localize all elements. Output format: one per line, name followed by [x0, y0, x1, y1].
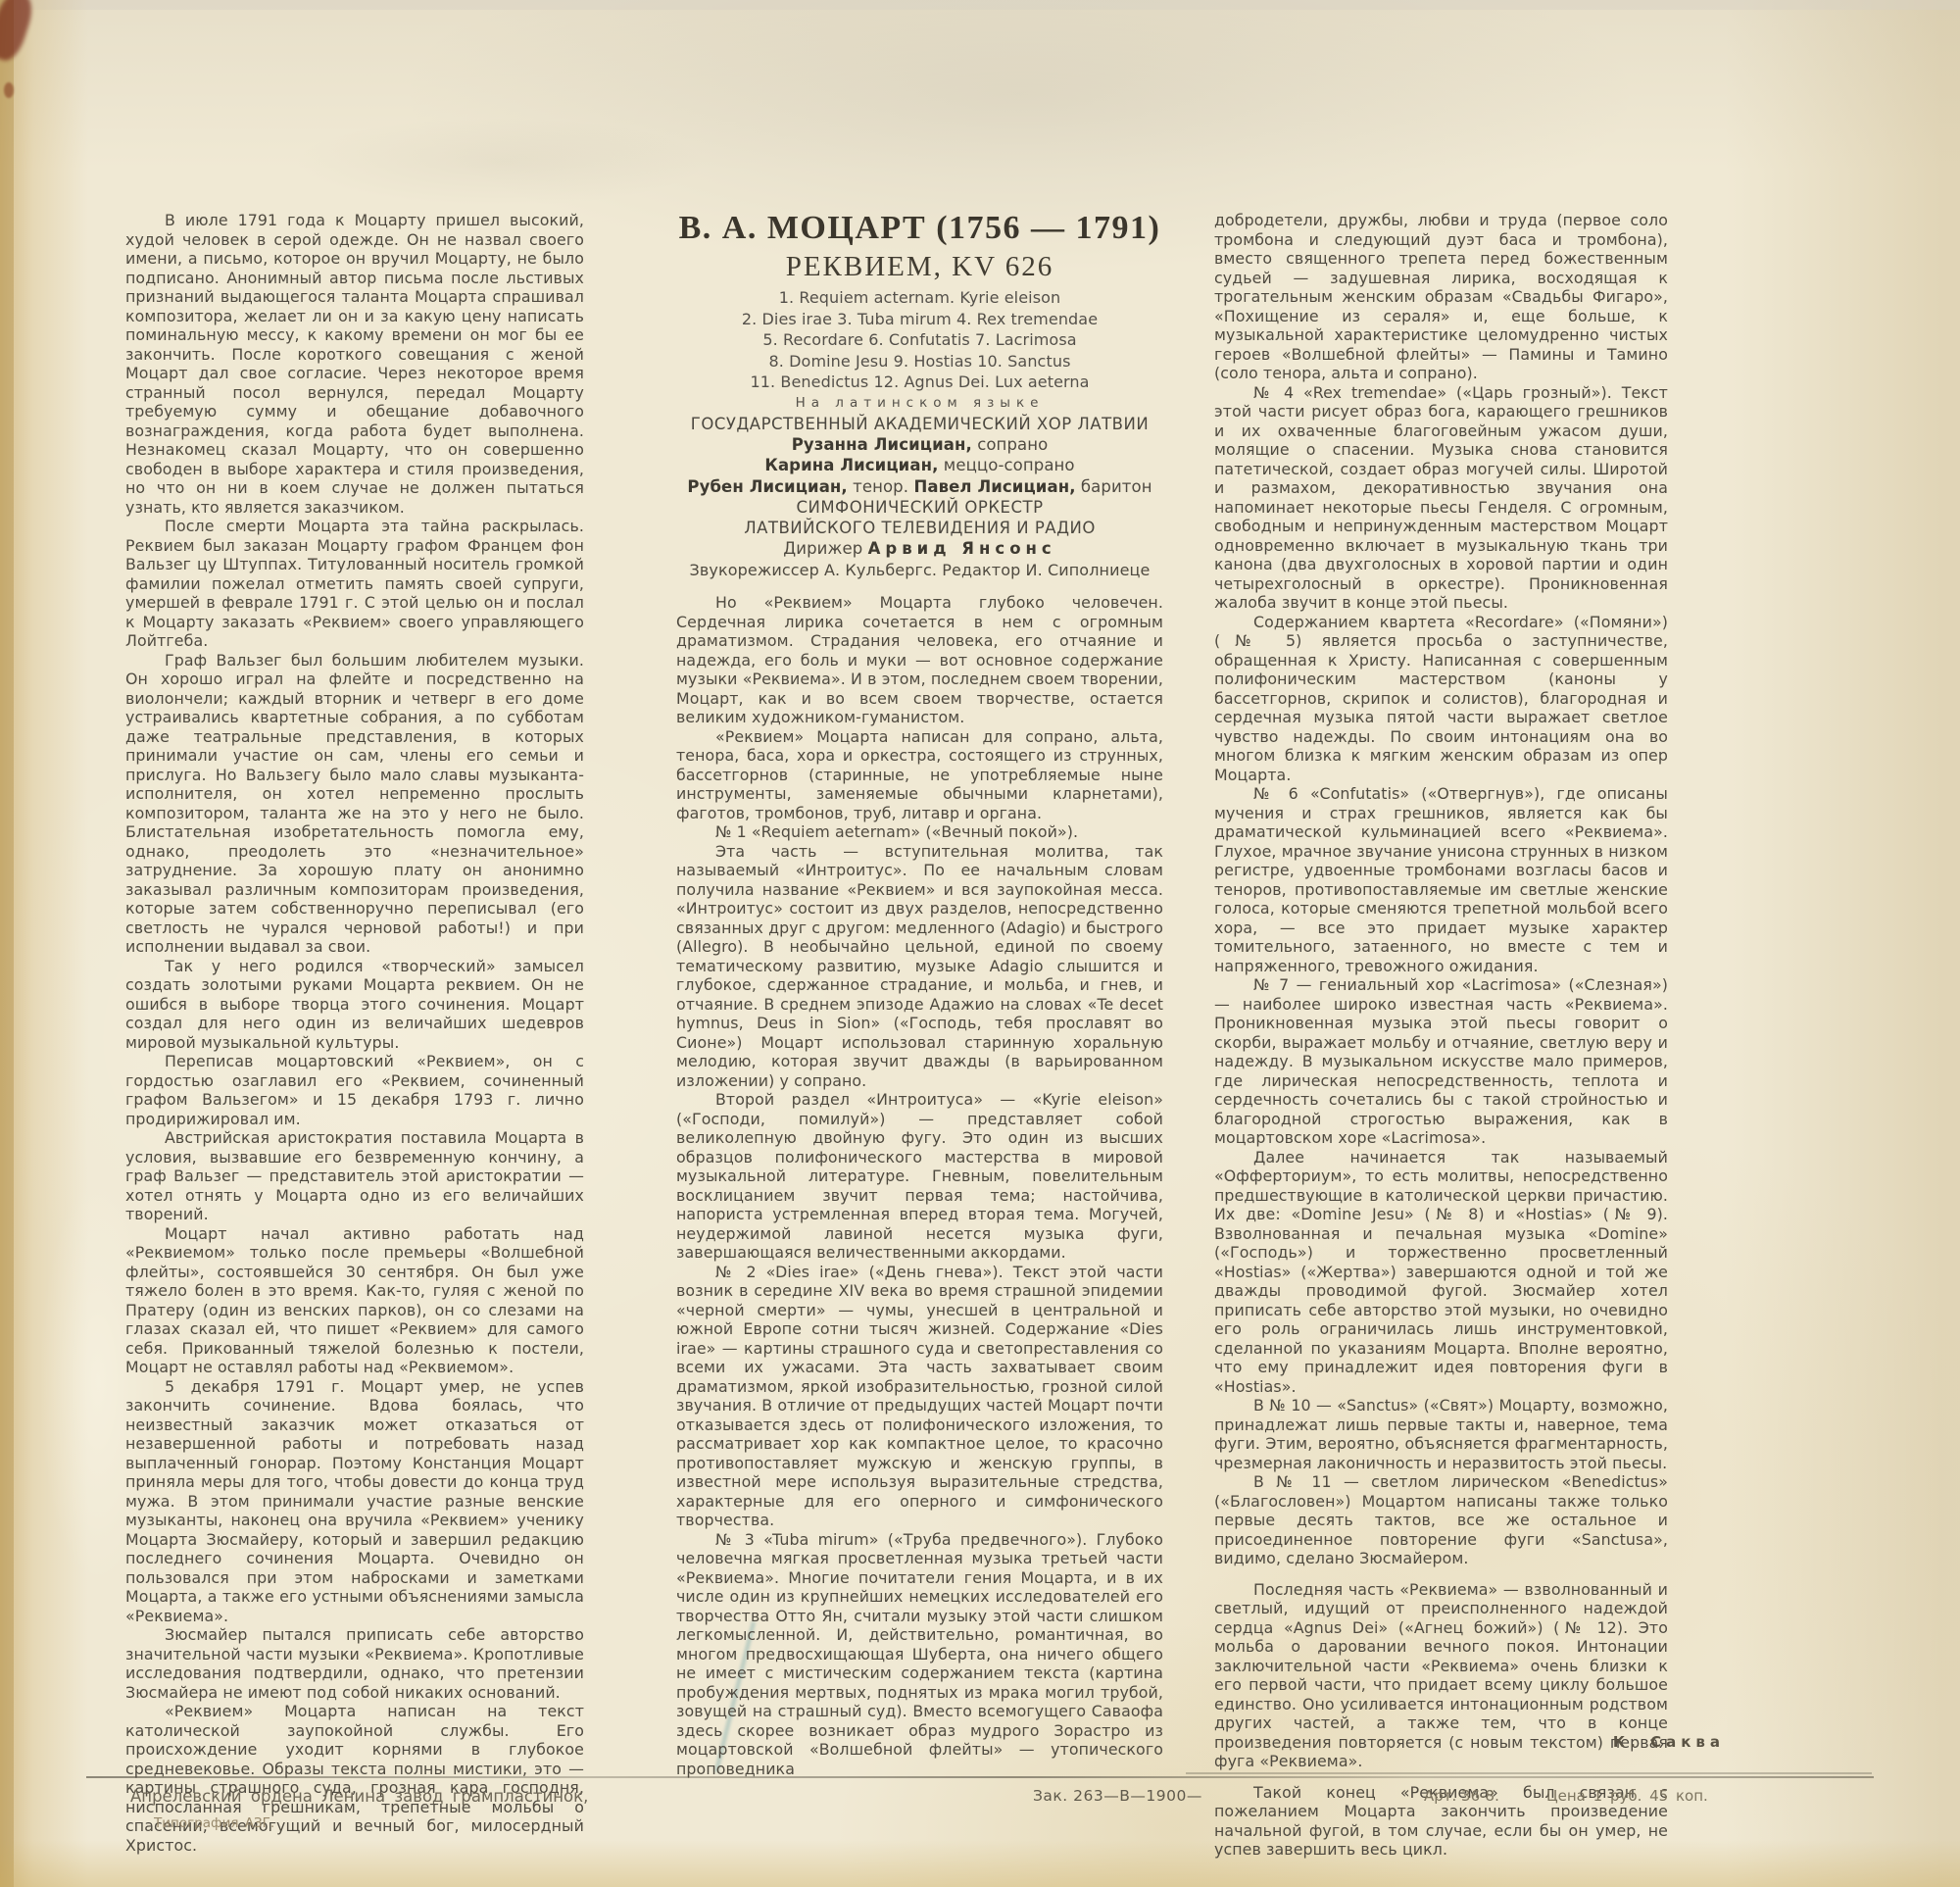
paper-stain [0, 0, 88, 1887]
right-column-text: добродетели, дружбы, любви и труда (перв… [1214, 211, 1668, 1860]
track-line: 2. Dies irae 3. Tuba mirum 4. Rex tremen… [676, 309, 1163, 330]
article-number: Арт. 36-8. [1424, 1787, 1499, 1805]
paragraph: № 7 — гениальный хор «Lacrimosa» («Слезн… [1214, 975, 1668, 1148]
soloist-name: Рузанна Лисициан, [792, 435, 972, 454]
paragraph: Моцарт начал активно работать над «Рекви… [125, 1224, 584, 1377]
paragraph: № 2 «Dies irae» («День гнева»). Текст эт… [676, 1263, 1163, 1530]
engineer-editor-line: Звукорежиссер А. Кульбергс. Редактор И. … [676, 560, 1163, 581]
orchestra-name-line1: СИМФОНИЧЕСКИЙ ОРКЕСТР [676, 497, 1163, 518]
paragraph: «Реквием» Моцарта написан для сопрано, а… [676, 727, 1163, 823]
pressing-plant-credit: Апрелевский ордена Ленина завод грамплас… [130, 1786, 588, 1834]
soloist-role: меццо-сопрано [938, 456, 1074, 474]
paragraph: № 6 «Confutatis» («Отвергнув»), где опис… [1214, 784, 1668, 975]
track-line: 8. Domine Jesu 9. Hostias 10. Sanctus [676, 351, 1163, 372]
conductor-name: Арвид Янсонс [868, 539, 1056, 558]
conductor-label: Дирижер [783, 539, 862, 558]
language-note: На латинском языке [676, 395, 1163, 411]
orchestra-name-line2: ЛАТВИЙСКОГО ТЕЛЕВИДЕНИЯ И РАДИО [676, 518, 1163, 538]
choir-name: ГОСУДАРСТВЕННЫЙ АКАДЕМИЧЕСКИЙ ХОР ЛАТВИИ [676, 414, 1163, 434]
center-column-text: Но «Реквием» Моцарта глубоко человечен. … [676, 593, 1163, 1778]
soloist-name: Рубен Лисициан, [687, 477, 847, 496]
footer-divider [86, 1776, 1874, 1778]
paragraph: Второй раздел «Интроитуса» — «Kyrie elei… [676, 1090, 1163, 1263]
soloist-line: Карина Лисициан, меццо-сопрано [676, 455, 1163, 476]
footer-divider-segment [1186, 1772, 1872, 1774]
paragraph: добродетели, дружбы, любви и труда (перв… [1214, 211, 1668, 383]
paper-stain [294, 118, 706, 206]
soloist-role: тенор. [848, 477, 914, 496]
paragraph: № 1 «Requiem aeternam» («Вечный покой»). [676, 822, 1163, 842]
composer-heading: В. А. МОЦАРТ (1756 — 1791) [676, 211, 1163, 246]
record-back-cover: В июле 1791 года к Моцарту пришел высоки… [0, 0, 1960, 1887]
paragraph: После смерти Моцарта эта тайна раскрылас… [125, 517, 584, 651]
paper-stain [4, 82, 14, 98]
soloist-line: Рузанна Лисициан, сопрано [676, 434, 1163, 456]
work-title: РЕКВИЕМ, KV 626 [676, 252, 1163, 282]
track-line: 5. Recordare 6. Confutatis 7. Lacrimosa [676, 329, 1163, 351]
paragraph: Но «Реквием» Моцарта глубоко человечен. … [676, 593, 1163, 727]
track-line: 1. Requiem acternam. Kyrie eleison [676, 287, 1163, 309]
tracklist: 1. Requiem acternam. Kyrie eleison2. Die… [676, 287, 1163, 393]
paragraph: Зюсмайер пытался приписать себе авторств… [125, 1625, 584, 1702]
track-line: 11. Benedictus 12. Agnus Dei. Lux aetern… [676, 372, 1163, 393]
price-label: Цена 1 руб. 45 коп. [1546, 1787, 1708, 1805]
paragraph: Эта часть — вступительная молитва, так н… [676, 842, 1163, 1091]
paragraph: № 4 «Rex tremendae» («Царь грозный»). Те… [1214, 383, 1668, 613]
center-column: В. А. МОЦАРТ (1756 — 1791) РЕКВИЕМ, KV 6… [676, 211, 1163, 1778]
paragraph: Австрийская аристократия поставила Моцар… [125, 1128, 584, 1224]
paragraph: В № 11 — светлом лирическом «Benedictus»… [1214, 1472, 1668, 1568]
conductor-line: Дирижер Арвид Янсонс [676, 538, 1163, 560]
paragraph: В июле 1791 года к Моцарту пришел высоки… [125, 211, 584, 517]
paragraph: Так у него родился «творческий» замысел … [125, 957, 584, 1053]
soloist-line: Рубен Лисициан, тенор. Павел Лисициан, б… [676, 476, 1163, 498]
soloist-role: сопрано [972, 435, 1048, 454]
paragraph: № 3 «Tuba mirum» («Труба предвечного»). … [676, 1530, 1163, 1779]
paragraph: 5 декабря 1791 г. Моцарт умер, не успев … [125, 1377, 584, 1626]
left-column-text: В июле 1791 года к Моцарту пришел высоки… [125, 211, 584, 1855]
paragraph: Граф Вальзег был большим любителем музык… [125, 651, 584, 957]
soloist-name: Павел Лисициан, [913, 477, 1075, 496]
paper-stain [0, 0, 37, 65]
order-number: Зак. 263—В—1900— [1033, 1787, 1202, 1805]
paragraph: В № 10 — «Sanctus» («Свят») Моцарту, воз… [1214, 1396, 1668, 1472]
paragraph: Далее начинается так называемый «Офферто… [1214, 1148, 1668, 1397]
paragraph: Содержанием квартета «Recordare» («Помян… [1214, 613, 1668, 785]
paper-stain [0, 0, 14, 1887]
printing-house-line: Типография АЗГ. [154, 1813, 588, 1834]
soloist-role: баритон [1076, 477, 1152, 496]
soloist-name: Карина Лисициан, [764, 456, 938, 474]
pressing-plant-line: Апрелевский ордена Ленина завод грамплас… [130, 1786, 588, 1807]
paper-stain [0, 0, 1960, 10]
paragraph: Переписав моцартовский «Реквием», он с г… [125, 1052, 584, 1128]
author-signature: К. Саква [1529, 1733, 1725, 1751]
soloists-list: Рузанна Лисициан, сопраноКарина Лисициан… [676, 434, 1163, 498]
